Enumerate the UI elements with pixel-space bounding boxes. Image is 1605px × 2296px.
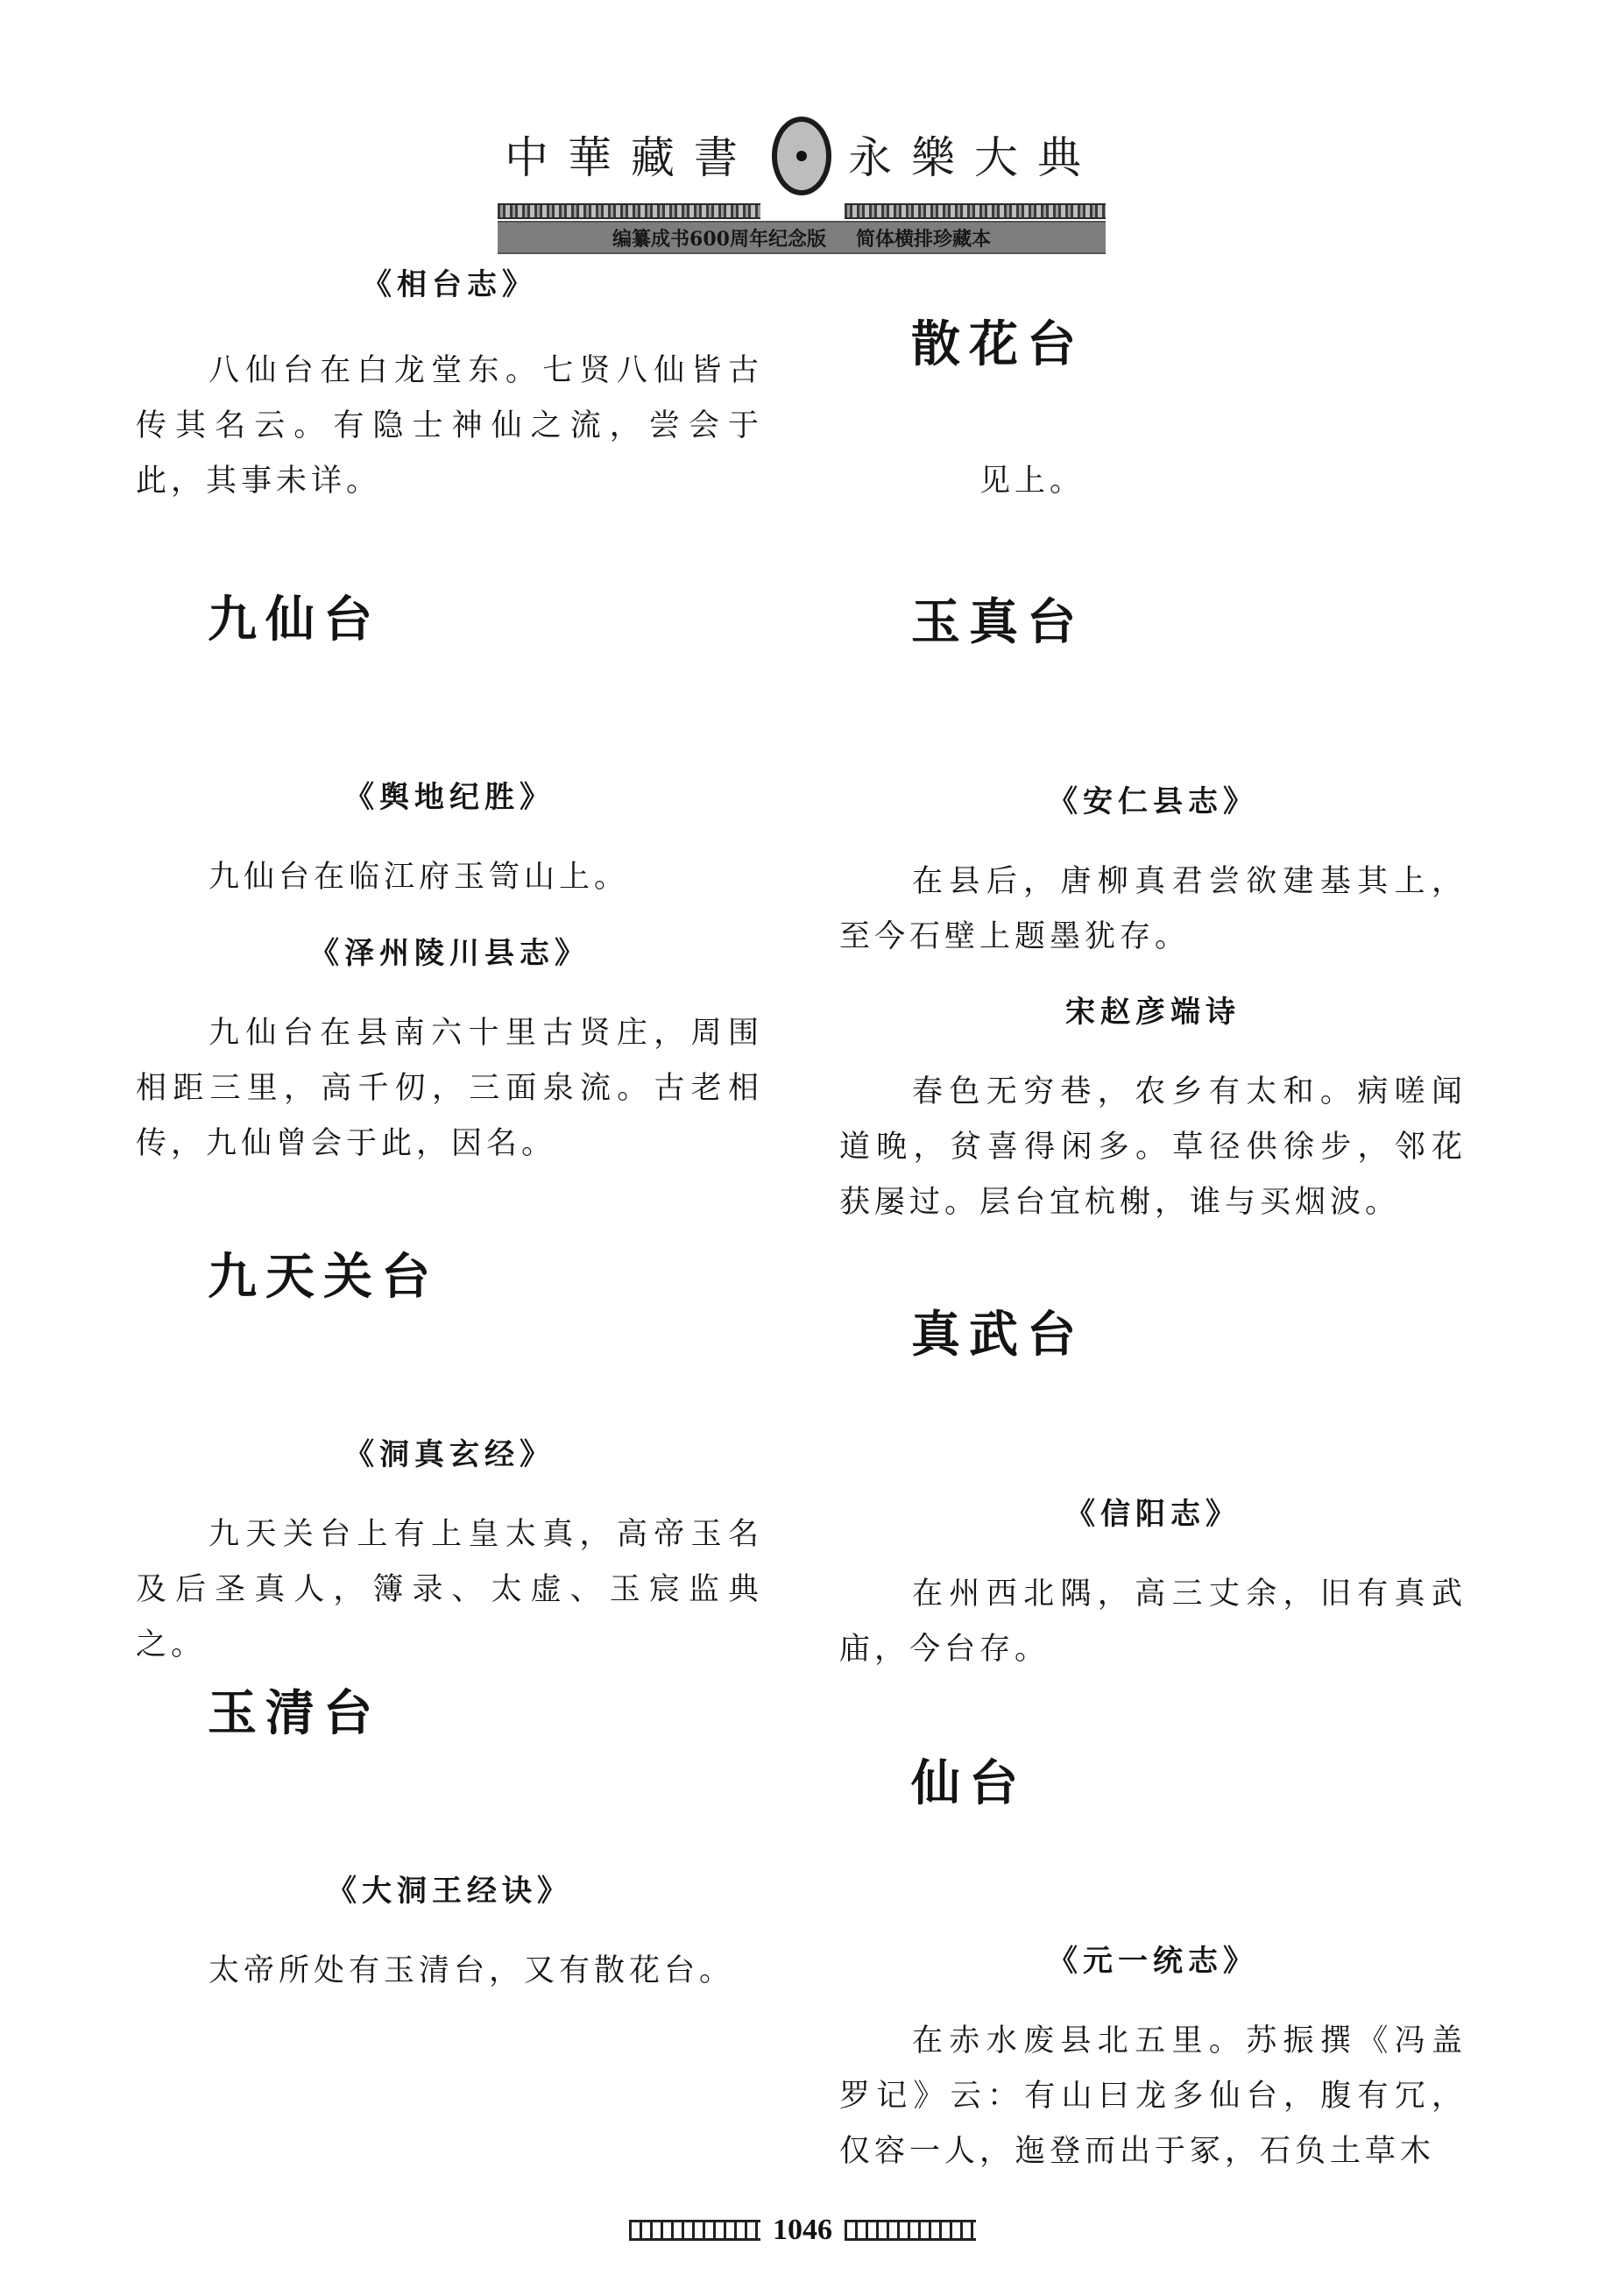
section-heading: 九仙台 [136, 589, 835, 650]
series-title: 中華藏書 [505, 123, 757, 186]
section-heading: 仙台 [839, 1753, 1538, 1814]
paragraph: 在州西北隅，高三丈余，旧有真武庙，今台存。 [839, 1567, 1467, 1677]
fret-pattern-left [498, 203, 760, 219]
paragraph: 在赤水废县北五里。苏振撰《冯盖罗记》云：有山曰龙多仙台，腹有冗，仅容一人，迤登而… [839, 2014, 1467, 2179]
fret-pattern-right [845, 203, 1106, 219]
paragraph: 见上。 [839, 454, 1605, 509]
poem-text: 春色无穷巷，农乡有太和。病嗟闻道晚，贫喜得闲多。草径供徐步，邻花获屡过。层台宜杭… [839, 1065, 1467, 1230]
paragraph: 九仙台在县南六十里古贤庄，周围相距三里，高千仞，三面泉流。古老相传，九仙曾会于此… [136, 1006, 763, 1172]
fret-ornament-left-icon [629, 2220, 760, 2241]
section-heading: 玉清台 [136, 1683, 835, 1744]
section-heading: 真武台 [839, 1304, 1538, 1365]
source-title: 《舆地纪胜》 [136, 776, 763, 819]
paragraph: 在县后，唐柳真君尝欲建基其上，至今石壁上题墨犹存。 [839, 854, 1467, 965]
section-heading: 散花台 [839, 314, 1538, 375]
paragraph: 太帝所处有玉清台，又有散花台。 [136, 1944, 836, 1999]
source-title: 《大洞王经诀》 [136, 1869, 763, 1913]
source-title: 《安仁县志》 [839, 780, 1467, 824]
paragraph: 九仙台在临江府玉笥山上。 [136, 850, 836, 905]
paragraph: 八仙台在白龙堂东。七贤八仙皆古传其名云。有隐士神仙之流，尝会于此，其事未详。 [136, 344, 763, 509]
coin-seal-icon [772, 117, 831, 195]
fret-ornament-right-icon [845, 2220, 976, 2241]
book-title: 永樂大典 [848, 123, 1100, 186]
edition-type-label: 简体横排珍藏本 [856, 224, 991, 252]
source-title: 《信阳志》 [839, 1492, 1467, 1536]
page-number: 1046 [773, 2214, 832, 2247]
section-heading: 玉真台 [839, 592, 1538, 653]
page-footer: 1046 [0, 2208, 1605, 2252]
section-heading: 九天关台 [136, 1246, 835, 1307]
source-title: 《元一统志》 [839, 1939, 1467, 1983]
edition-banner: 编纂成书600周年纪念版 简体横排珍藏本 [498, 221, 1106, 254]
poem-attribution: 宋赵彦端诗 [839, 990, 1467, 1034]
source-title: 《洞真玄经》 [136, 1433, 763, 1477]
source-title: 《相台志》 [136, 263, 763, 307]
page-header: 中華藏書 永樂大典 编纂成书600周年纪念版 简体横排珍藏本 [498, 112, 1106, 252]
edition-label: 编纂成书600周年纪念版 [612, 224, 826, 252]
source-title: 《泽州陵川县志》 [136, 932, 763, 975]
paragraph: 九天关台上有上皇太真，高帝玉名及后圣真人，簿录、太虚、玉宸监典之。 [136, 1507, 763, 1673]
header-titles: 中華藏書 永樂大典 [498, 112, 1106, 200]
